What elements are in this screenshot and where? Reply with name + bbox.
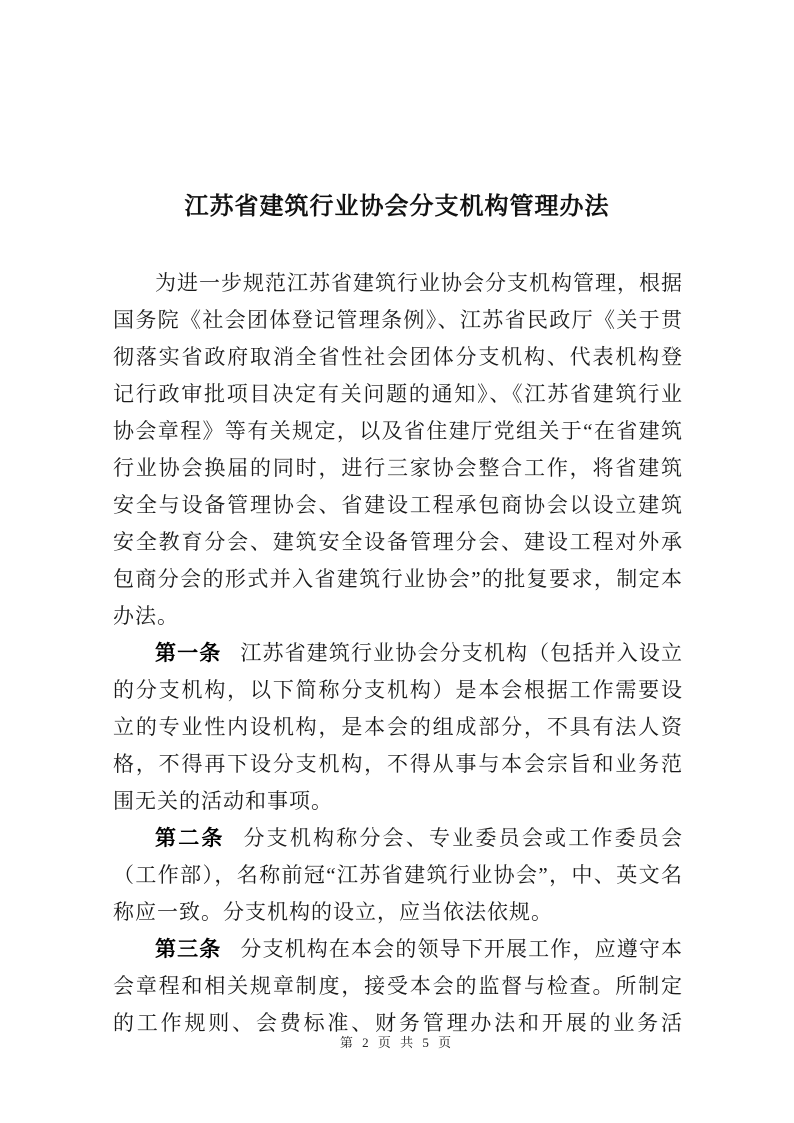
page-title: 江苏省建筑行业协会分支机构管理办法	[0, 190, 794, 224]
document-page: 江苏省建筑行业协会分支机构管理办法 为进一步规范江苏省建筑行业协会分支机构管理，…	[0, 0, 794, 1123]
article-term: 第一条	[155, 641, 221, 665]
article-3-paragraph: 第三条分支机构在本会的领导下开展工作，应遵守本会章程和相关规章制度，接受本会的监…	[113, 931, 683, 1035]
article-2-paragraph: 第二条分支机构称分会、专业委员会或工作委员会（工作部），名称前冠“江苏省建筑行业…	[113, 820, 683, 931]
article-1-paragraph: 第一条江苏省建筑行业协会分支机构（包括并入设立的分支机构，以下简称分支机构）是本…	[113, 635, 683, 820]
page-number-footer: 第 2 页 共 5 页	[0, 1034, 794, 1052]
intro-paragraph: 为进一步规范江苏省建筑行业协会分支机构管理，根据国务院《社会团体登记管理条例》、…	[113, 265, 683, 635]
paragraph-text: 为进一步规范江苏省建筑行业协会分支机构管理，根据国务院《社会团体登记管理条例》、…	[113, 271, 683, 628]
document-body: 为进一步规范江苏省建筑行业协会分支机构管理，根据国务院《社会团体登记管理条例》、…	[113, 265, 683, 1035]
article-term: 第三条	[155, 937, 221, 961]
paragraph-text: 江苏省建筑行业协会分支机构（包括并入设立的分支机构，以下简称分支机构）是本会根据…	[113, 641, 683, 813]
article-term: 第二条	[155, 826, 225, 850]
